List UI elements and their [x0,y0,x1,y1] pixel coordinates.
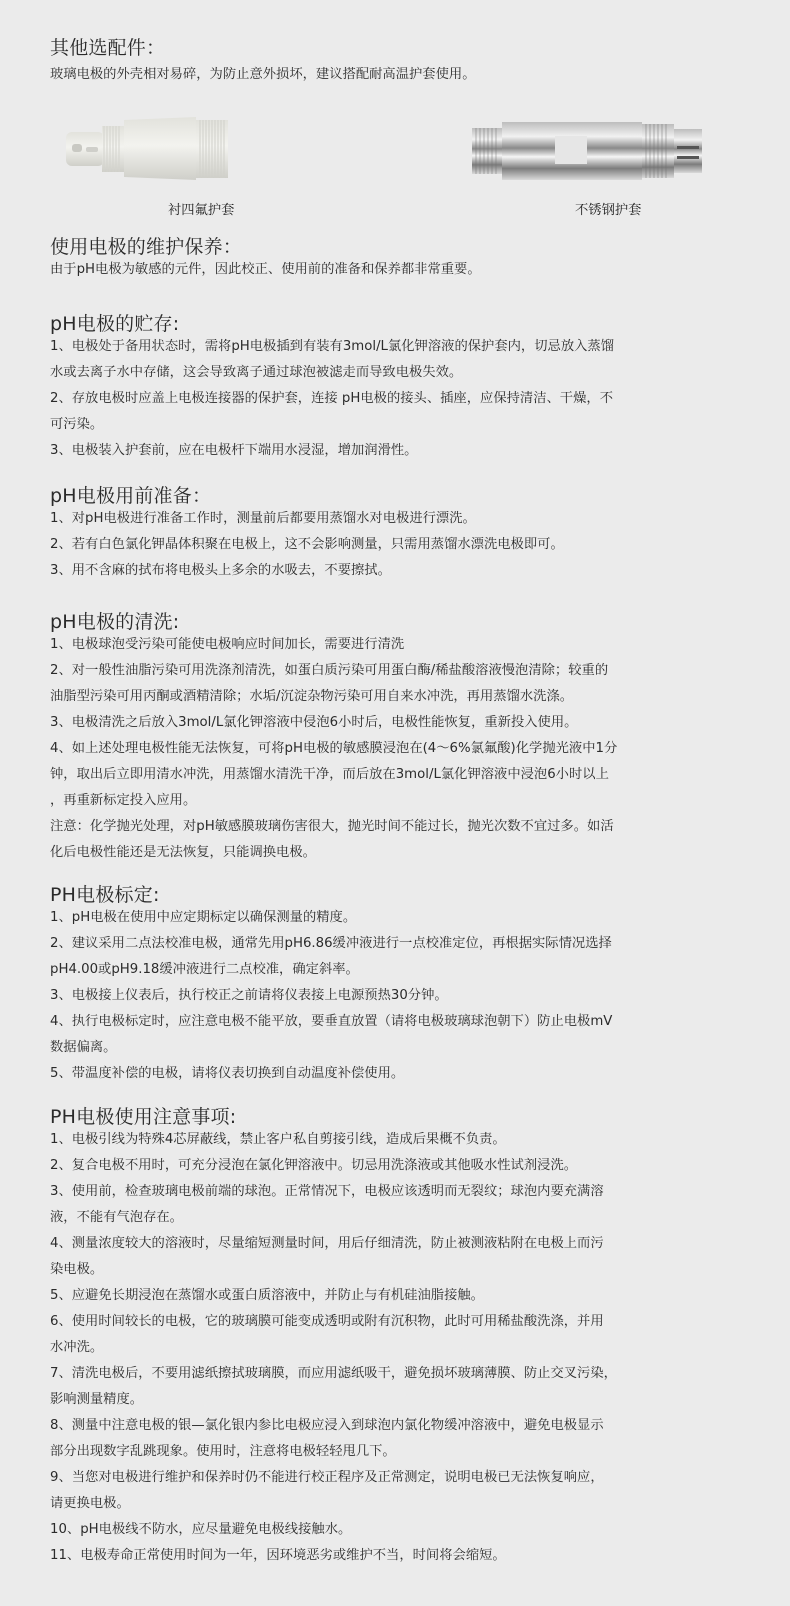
cleaning-line: 化后电极性能还是无法恢复，只能调换电极。 [50,840,617,866]
calibration-list: 1、pH电极在使用中应定期标定以确保测量的精度。 2、建议采用二点法校准电极，通… [50,905,612,1087]
precautions-line: 影响测量精度。 [50,1387,617,1413]
preparation-title: pH电极用前准备： [50,481,211,508]
precautions-line: 水冲洗。 [50,1335,617,1361]
storage-line: 1、电极处于备用状态时，需将pH电极插到有装有3mol/L氯化钾溶液的保护套内，… [50,334,614,360]
preparation-line: 1、对pH电极进行准备工作时，测量前后都要用蒸馏水对电极进行漂洗。 [50,506,564,532]
precautions-line: 1、电极引线为特殊4芯屏蔽线，禁止客户私自剪接引线，造成后果概不负责。 [50,1127,617,1153]
cleaning-line: 2、对一般性油脂污染可用洗涤剂清洗，如蛋白质污染可用蛋白酶/稀盐酸溶液慢泡清除；… [50,658,617,684]
preparation-list: 1、对pH电极进行准备工作时，测量前后都要用蒸馏水对电极进行漂洗。 2、若有白色… [50,506,564,584]
precautions-list: 1、电极引线为特殊4芯屏蔽线，禁止客户私自剪接引线，造成后果概不负责。 2、复合… [50,1127,617,1569]
calibration-line: 4、执行电极标定时，应注意电极不能平放，要垂直放置（请将电极玻璃球泡朝下）防止电… [50,1009,612,1035]
preparation-line: 3、用不含麻的拭布将电极头上多余的水吸去，不要擦拭。 [50,558,564,584]
ptfe-sleeve-image [66,117,256,183]
precautions-line: 液，不能有气泡存在。 [50,1205,617,1231]
accessories-title: 其他选配件： [50,33,165,60]
precautions-line: 染电极。 [50,1257,617,1283]
cleaning-line: 注意：化学抛光处理，对pH敏感膜玻璃伤害很大，抛光时间不能过长，抛光次数不宜过多… [50,814,617,840]
storage-list: 1、电极处于备用状态时，需将pH电极插到有装有3mol/L氯化钾溶液的保护套内，… [50,334,614,464]
ptfe-sleeve-caption: 衬四氟护套 [168,199,234,218]
cleaning-line: 3、电极清洗之后放入3mol/L氯化钾溶液中侵泡6小时后，电极性能恢复，重新投入… [50,710,617,736]
precautions-line: 8、测量中注意电极的银—氯化银内参比电极应浸入到球泡内氯化物缓冲溶液中，避免电极… [50,1413,617,1439]
calibration-line: 数据偏离。 [50,1035,612,1061]
preparation-line: 2、若有白色氯化钾晶体积聚在电极上，这不会影响测量，只需用蒸馏水漂洗电极即可。 [50,532,564,558]
calibration-line: 2、建议采用二点法校准电极，通常先用pH6.86缓冲液进行一点校准定位，再根据实… [50,931,612,957]
precautions-line: 2、复合电极不用时，可充分浸泡在氯化钾溶液中。切忌用洗涤液或其他吸水性试剂浸洗。 [50,1153,617,1179]
precautions-line: 3、使用前，检查玻璃电极前端的球泡。正常情况下，电极应该透明而无裂纹；球泡内要充… [50,1179,617,1205]
maintenance-title: 使用电极的维护保养： [50,232,242,259]
cleaning-line: ，再重新标定投入应用。 [50,788,617,814]
cleaning-line: 钟，取出后立即用清水冲洗，用蒸馏水清洗干净，而后放在3mol/L氯化钾溶液中浸泡… [50,762,617,788]
calibration-line: 3、电极接上仪表后，执行校正之前请将仪表接上电源预热30分钟。 [50,983,612,1009]
storage-line: 3、电极装入护套前，应在电极杆下端用水浸湿，增加润滑性。 [50,438,614,464]
accessories-intro: 玻璃电极的外壳相对易碎，为防止意外损坏，建议搭配耐高温护套使用。 [50,62,476,88]
storage-line: 2、存放电极时应盖上电极连接器的保护套，连接 pH电极的接头、插座，应保持清洁、… [50,386,614,412]
cleaning-line: 油脂型污染可用丙酮或酒精清除；水垢/沉淀杂物污染可用自来水冲洗，再用蒸馏水洗涤。 [50,684,617,710]
cleaning-title: pH电极的清洗: [50,607,179,634]
calibration-title: PH电极标定: [50,880,160,907]
precautions-line: 部分出现数字乱跳现象。使用时，注意将电极轻轻甩几下。 [50,1439,617,1465]
stainless-steel-sleeve-image [472,120,702,182]
precautions-line: 7、清洗电极后，不要用滤纸擦拭玻璃膜，而应用滤纸吸干，避免损坏玻璃薄膜、防止交叉… [50,1361,617,1387]
cleaning-line: 4、如上述处理电极性能无法恢复，可将pH电极的敏感膜浸泡在(4～6%氯氟酸)化学… [50,736,617,762]
cleaning-line: 1、电极球泡受污染可能使电极响应时间加长，需要进行清洗 [50,632,617,658]
calibration-line: 5、带温度补偿的电极，请将仪表切换到自动温度补偿使用。 [50,1061,612,1087]
precautions-line: 请更换电极。 [50,1491,617,1517]
storage-line: 水或去离子水中存储，这会导致离子通过球泡被滤走而导致电极失效。 [50,360,614,386]
storage-title: pH电极的贮存: [50,309,179,336]
calibration-line: pH4.00或pH9.18缓冲液进行二点校准，确定斜率。 [50,957,612,983]
precautions-line: 9、当您对电极进行维护和保养时仍不能进行校正程序及正常测定，说明电极已无法恢复响… [50,1465,617,1491]
precautions-title: PH电极使用注意事项: [50,1102,236,1129]
cleaning-list: 1、电极球泡受污染可能使电极响应时间加长，需要进行清洗 2、对一般性油脂污染可用… [50,632,617,866]
precautions-line: 6、使用时间较长的电极，它的玻璃膜可能变成透明或附有沉积物，此时可用稀盐酸洗涤，… [50,1309,617,1335]
precautions-line: 5、应避免长期浸泡在蒸馏水或蛋白质溶液中，并防止与有机硅油脂接触。 [50,1283,617,1309]
precautions-line: 11、电极寿命正常使用时间为一年，因环境恶劣或维护不当，时间将会缩短。 [50,1543,617,1569]
calibration-line: 1、pH电极在使用中应定期标定以确保测量的精度。 [50,905,612,931]
stainless-steel-sleeve-caption: 不锈钢护套 [575,199,641,218]
precautions-line: 4、测量浓度较大的溶液时，尽量缩短测量时间，用后仔细清洗，防止被测液粘附在电极上… [50,1231,617,1257]
storage-line: 可污染。 [50,412,614,438]
maintenance-intro: 由于pH电极为敏感的元件，因此校正、使用前的准备和保养都非常重要。 [50,257,481,283]
precautions-line: 10、pH电极线不防水，应尽量避免电极线接触水。 [50,1517,617,1543]
